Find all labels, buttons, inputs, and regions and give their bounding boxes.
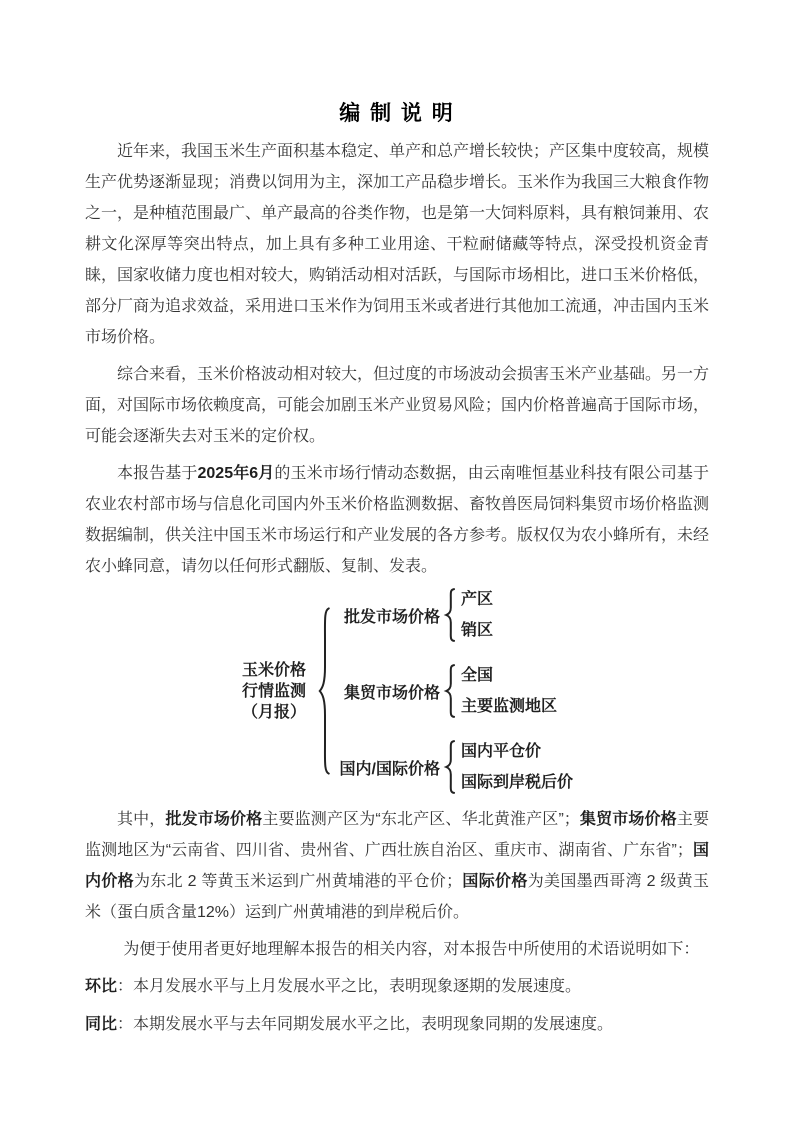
curly-brace-icon: [443, 664, 456, 718]
branch-leaf-label: 国际到岸税后价: [461, 773, 573, 792]
branch-label: 集贸市场价格: [334, 680, 440, 703]
branch-label: 国内/国际价格: [334, 756, 440, 779]
diagram-root-line: （月报）: [235, 702, 313, 723]
paragraph: 近年来，我国玉米生产面积基本稳定、单产和总产增长较快；产区集中度较高，规模生产优…: [85, 136, 709, 353]
intro-paragraphs: 近年来，我国玉米生产面积基本稳定、单产和总产增长较快；产区集中度较高，规模生产优…: [85, 136, 709, 582]
branch-leaf-label: 全国: [461, 666, 557, 685]
term-separator: ：: [117, 978, 133, 995]
branch-leaf-label: 产区: [461, 590, 493, 609]
paragraph: 为便于使用者更好地理解本报告的相关内容，对本报告中所使用的术语说明如下：: [85, 934, 709, 965]
diagram-root-label: 玉米价格行情监测（月报）: [235, 660, 313, 723]
bold-text-run: 集贸市场价格: [580, 811, 677, 828]
branch-leaf-label: 销区: [461, 621, 493, 640]
text-run: 本报告基于: [117, 465, 198, 482]
paragraph: 本报告基于2025年6月的玉米市场行情动态数据，由云南唯恒基业科技有限公司基于农…: [85, 458, 709, 582]
curly-brace-icon: [316, 605, 331, 777]
document-page: 编 制 说 明 近年来，我国玉米生产面积基本稳定、单产和总产增长较快；产区集中度…: [0, 0, 793, 1122]
term-text: 本月发展水平与上月发展水平之比，表明现象逐期的发展速度。: [133, 978, 581, 995]
curly-brace-icon: [443, 740, 456, 794]
bold-text-run: 批发市场价格: [165, 811, 262, 828]
paragraph: 其中，批发市场价格主要监测产区为“东北产区、华北黄淮产区”；集贸市场价格主要监测…: [85, 804, 709, 928]
bold-text-run: 国际价格: [462, 873, 528, 890]
term-definition: 同比：本期发展水平与去年同期发展水平之比，表明现象同期的发展速度。: [85, 1009, 709, 1040]
text-run: 为东北 2 等黄玉米运到广州黄埔港的平仓价；: [134, 873, 462, 890]
text-run: 近年来，我国玉米生产面积基本稳定、单产和总产增长较快；产区集中度较高，规模生产优…: [85, 143, 709, 346]
text-run: 主要监测产区为“东北产区、华北黄淮产区”；: [262, 811, 579, 828]
branch-leaf-label: 国内平仓价: [461, 742, 573, 761]
diagram-root-line: 玉米价格: [235, 660, 313, 681]
branch-children: 国内平仓价国际到岸税后价: [461, 742, 573, 792]
text-run: 综合来看，玉米价格波动相对较大，但过度的市场波动会损害玉米产业基础。另一方面，对…: [85, 366, 709, 445]
branch-leaf-label: 主要监测地区: [461, 697, 557, 716]
term-text: 本期发展水平与去年同期发展水平之比，表明现象同期的发展速度。: [133, 1016, 613, 1033]
bold-text-run: 2025年6月: [198, 465, 275, 482]
diagram-branch: 国内/国际价格国内平仓价国际到岸税后价: [334, 740, 573, 794]
text-run: 为便于使用者更好地理解本报告的相关内容，对本报告中所使用的术语说明如下：: [123, 941, 699, 958]
price-monitoring-diagram: 玉米价格行情监测（月报） 批发市场价格产区销区集贸市场价格全国主要监测地区国内/…: [235, 588, 709, 794]
term-separator: ：: [117, 1016, 133, 1033]
term-name: 环比: [85, 978, 117, 995]
page-title: 编 制 说 明: [85, 100, 709, 128]
diagram-branch: 集贸市场价格全国主要监测地区: [334, 664, 573, 718]
text-run: 其中，: [117, 811, 165, 828]
term-name: 同比: [85, 1016, 117, 1033]
notes-paragraphs: 其中，批发市场价格主要监测产区为“东北产区、华北黄淮产区”；集贸市场价格主要监测…: [85, 804, 709, 965]
paragraph: 综合来看，玉米价格波动相对较大，但过度的市场波动会损害玉米产业基础。另一方面，对…: [85, 359, 709, 452]
diagram-branches: 批发市场价格产区销区集贸市场价格全国主要监测地区国内/国际价格国内平仓价国际到岸…: [334, 588, 573, 794]
branch-children: 产区销区: [461, 590, 493, 640]
terms-section: 环比：本月发展水平与上月发展水平之比，表明现象逐期的发展速度。同比：本期发展水平…: [85, 971, 709, 1040]
diagram-root-line: 行情监测: [235, 681, 313, 702]
branch-children: 全国主要监测地区: [461, 666, 557, 716]
diagram-branch: 批发市场价格产区销区: [334, 588, 573, 642]
branch-label: 批发市场价格: [334, 604, 440, 627]
term-definition: 环比：本月发展水平与上月发展水平之比，表明现象逐期的发展速度。: [85, 971, 709, 1002]
curly-brace-icon: [443, 588, 456, 642]
